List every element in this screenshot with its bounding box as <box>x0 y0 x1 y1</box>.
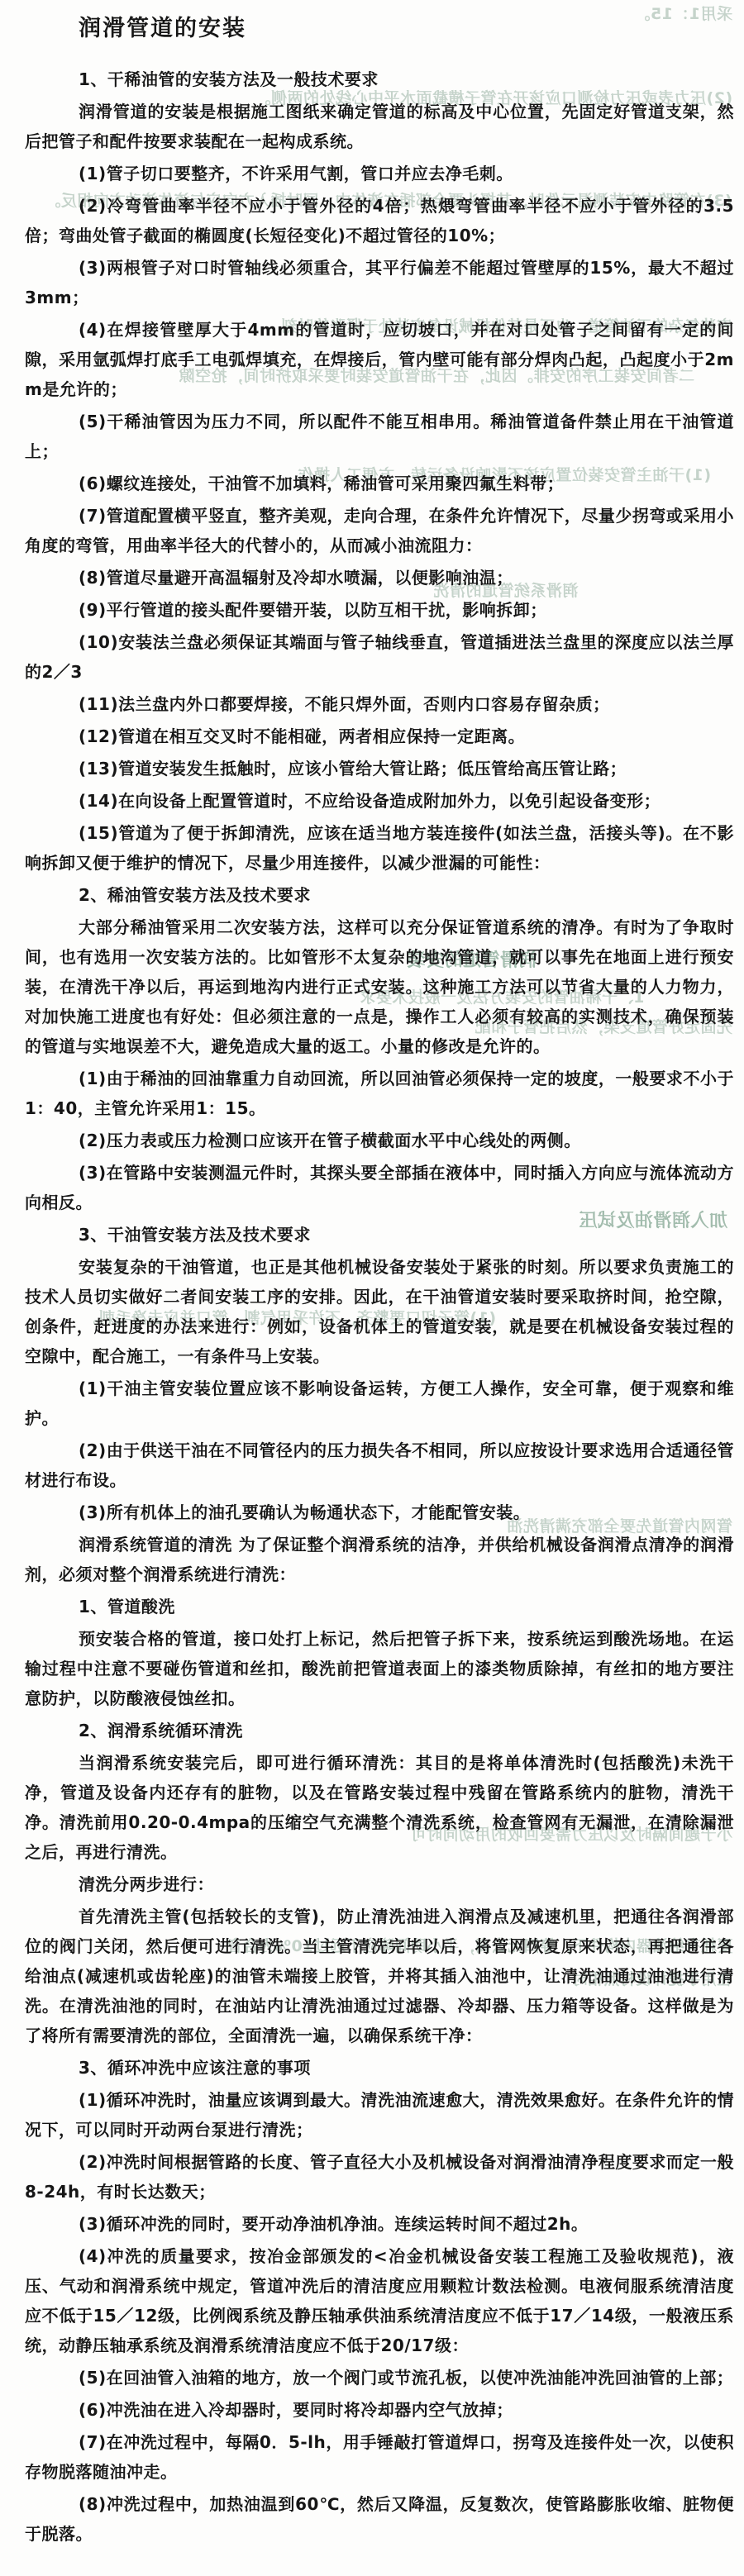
numbered-item: (2)压力表或压力检测口应该开在管子横截面水平中心线处的两侧。 <box>25 1126 734 1155</box>
numbered-item: (7)管道配置横平竖直，整齐美观，走向合理，在条件允许情况下，尽量少拐弯或采用小… <box>25 501 734 560</box>
document-page: 采用1：15。(2)压力表或压力检测口应该开在管子横截面水平中心线处的两侧。(3… <box>0 0 744 2576</box>
numbered-item: (10)安装法兰盘必须保证其端面与管子轴线垂直，管道插进法兰盘里的深度应以法兰厚… <box>25 627 734 687</box>
numbered-item: (6)冲洗油在进入冷却器时，要同时将冷却器内空气放掉； <box>25 2395 734 2425</box>
numbered-item: (2)冷弯管曲率半径不应小于管外径的4倍；热煨弯管曲率半径不应小于管外径的3.5… <box>25 191 734 250</box>
numbered-item: (1)由于稀油的回油靠重力自动回流，所以回油管必须保持一定的坡度，一般要求不小于… <box>25 1064 734 1123</box>
section-heading: 2、润滑系统循环清洗 <box>25 1716 734 1745</box>
numbered-item: (11)法兰盘内外口都要焊接，不能只焊外面，否则内口容易存留杂质； <box>25 689 734 719</box>
section-heading: 2、稀油管安装方法及技术要求 <box>25 880 734 910</box>
numbered-item: (1)干油主管安装位置应该不影响设备运转，方便工人操作，安全可靠，便于观察和维护… <box>25 1374 734 1433</box>
numbered-item: (2)冲洗时间根据管路的长度、管子直径大小及机械设备对润滑油清净程度要求而定一般… <box>25 2147 734 2207</box>
numbered-item: (1)循环冲洗时，油量应该调到最大。清洗油流速愈大，清洗效果愈好。在条件允许的情… <box>25 2085 734 2145</box>
numbered-item: (7)在冲洗过程中，每隔0．5-lh，用手锤敲打管道焊口，拐弯及连接件处一次，以… <box>25 2427 734 2487</box>
paragraph: 大部分稀油管采用二次安装方法，这样可以充分保证管道系统的清净。有时为了争取时间，… <box>25 912 734 1061</box>
numbered-item: (3)在管路中安装测温元件时，其探头要全部插在液体中，同时插入方向应与流体流动方… <box>25 1158 734 1217</box>
numbered-item: (3)两根管子对口时管轴线必须重合，其平行偏差不能超过管壁厚的15%，最大不超过… <box>25 253 734 312</box>
numbered-item: (12)管道在相互交叉时不能相碰，两者相应保持一定距离。 <box>25 721 734 751</box>
numbered-item: (8)冲洗过程中，加热油温到60℃，然后又降温，反复数次，使管路膨胀收缩、脏物便… <box>25 2489 734 2549</box>
section-heading: 1、干稀油管的安装方法及一般技术要求 <box>25 64 734 94</box>
numbered-item: (1)管子切口要整齐，不许采用气割，管口并应去净毛刺。 <box>25 159 734 188</box>
numbered-item: (3)循环冲洗的同时，要开动净油机净油。连续运转时间不超过2h。 <box>25 2209 734 2239</box>
paragraph: 安装复杂的干油管道，也正是其他机械设备安装处于紧张的时刻。所以要求负责施工的技术… <box>25 1252 734 1371</box>
paragraph: 润滑系统管道的清洗 为了保证整个润滑系统的洁净，并供给机械设备润滑点清净的润滑剂… <box>25 1530 734 1589</box>
paragraph: 首先清洗主管(包括较长的支管)，防止清洗油进入润滑点及减速机里，把通往各润滑部位… <box>25 1902 734 2050</box>
numbered-item: (6)螺纹连接处，干油管不加填料，稀油管可采用聚四氟生料带； <box>25 469 734 498</box>
section-heading: 1、管道酸洗 <box>25 1592 734 1621</box>
section-heading: 3、循环冲洗中应该注意的事项 <box>25 2053 734 2083</box>
numbered-item: (15)管道为了便于拆卸清洗，应该在适当地方装连接件(如法兰盘，活接头等)。在不… <box>25 818 734 878</box>
numbered-item: (4)在焊接管壁厚大于4mm的管道时，应切坡口，并在对口处管子之间留有一定的间隙… <box>25 315 734 404</box>
numbered-item: (5)在回油管入油箱的地方，放一个阀门或节流孔板，以使冲洗油能冲洗回油管的上部； <box>25 2363 734 2393</box>
paragraph: 当润滑系统安装完后，即可进行循环清洗：其目的是将单体清洗时(包括酸洗)未洗干净，… <box>25 1748 734 1867</box>
document-content: 润滑管道的安装1、干稀油管的安装方法及一般技术要求润滑管道的安装是根据施工图纸来… <box>0 0 744 2576</box>
numbered-item: (3)所有机体上的油孔要确认为畅通状态下，才能配管安装。 <box>25 1498 734 1527</box>
paragraph: 清洗分两步进行： <box>25 1869 734 1899</box>
numbered-item: (14)在向设备上配置管道时，不应给设备造成附加外力，以免引起设备变形； <box>25 786 734 816</box>
numbered-item: (9)平行管道的接头配件要错开装，以防互相干扰，影响拆卸； <box>25 595 734 625</box>
page-title: 润滑管道的安装 <box>79 15 734 43</box>
numbered-item: (13)管道安装发生抵触时，应该小管给大管让路；低压管给高压管让路； <box>25 754 734 783</box>
paragraph: 预安装合格的管道，接口处打上标记，然后把管子拆下来，按系统运到酸洗场地。在运输过… <box>25 1624 734 1713</box>
numbered-item: (5)干稀油管因为压力不同，所以配件不能互相串用。稀油管道备件禁止用在干油管道上… <box>25 407 734 466</box>
numbered-item: (4)冲洗的质量要求，按冶金部颁发的<冶金机械设备安装工程施工及验收规范)，液压… <box>25 2241 734 2360</box>
numbered-item: (8)管道尽量避开高温辐射及冷却水喷漏，以便影响油温； <box>25 563 734 593</box>
paragraph: 润滑管道的安装是根据施工图纸来确定管道的标高及中心位置，先固定好管道支架，然后把… <box>25 97 734 156</box>
section-heading: 3、干油管安装方法及技术要求 <box>25 1220 734 1250</box>
numbered-item: (2)由于供送干油在不同管径内的压力损失各不相同，所以应按设计要求选用合适通径管… <box>25 1436 734 1495</box>
